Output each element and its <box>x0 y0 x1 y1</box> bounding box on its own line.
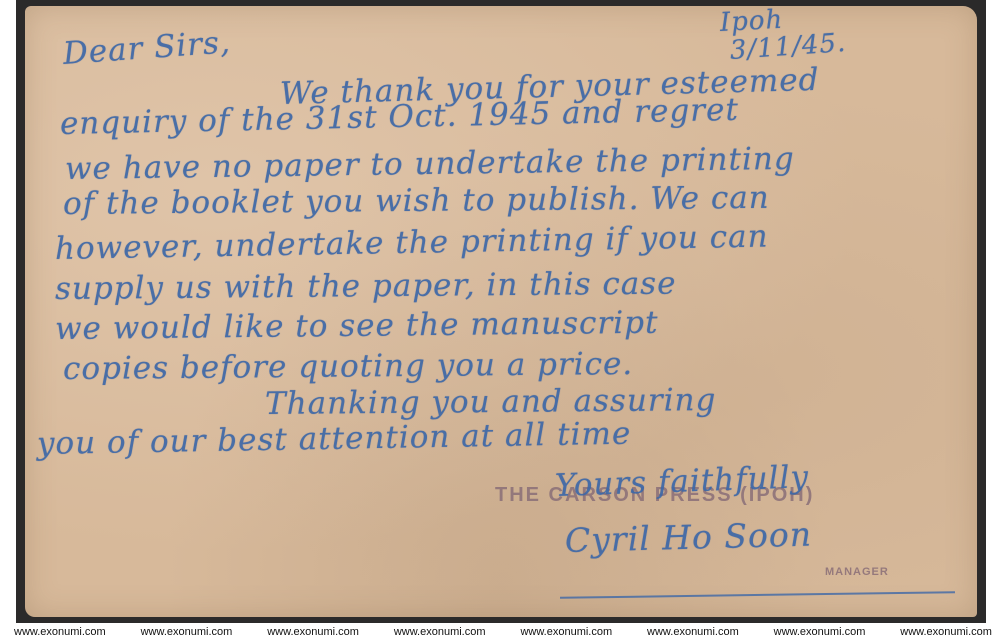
watermark-link: www.exonumi.com <box>14 626 106 643</box>
letter-line: enquiry of the 31st Oct. 1945 and regret <box>60 92 740 142</box>
watermark-footer: www.exonumi.com www.exonumi.com www.exon… <box>0 626 1000 643</box>
watermark-link: www.exonumi.com <box>774 626 866 643</box>
watermark-link: www.exonumi.com <box>394 626 486 643</box>
watermark-link: www.exonumi.com <box>267 626 359 643</box>
postcard: Ipoh 3/11/45. Dear Sirs, We thank you fo… <box>25 6 977 617</box>
letter-line: you of our best attention at all time <box>37 416 632 462</box>
letter-line: copies before quoting you a price. <box>63 346 634 387</box>
watermark-link: www.exonumi.com <box>900 626 992 643</box>
letter-line: of the booklet you wish to publish. We c… <box>63 180 770 222</box>
signature-underline <box>560 591 955 599</box>
manager-stamp: MANAGER <box>825 566 889 578</box>
signature: Cyril Ho Soon <box>564 515 812 560</box>
watermark-link: www.exonumi.com <box>647 626 739 643</box>
letter-line: however, undertake the printing if you c… <box>55 219 769 267</box>
watermark-link: www.exonumi.com <box>520 626 612 643</box>
letter-line: Thanking you and assuring <box>265 382 717 422</box>
letter-line: we would like to see the manuscript <box>55 305 659 347</box>
letter-line: supply us with the paper, in this case <box>55 266 677 307</box>
watermark-link: www.exonumi.com <box>141 626 233 643</box>
salutation: Dear Sirs, <box>62 24 232 72</box>
